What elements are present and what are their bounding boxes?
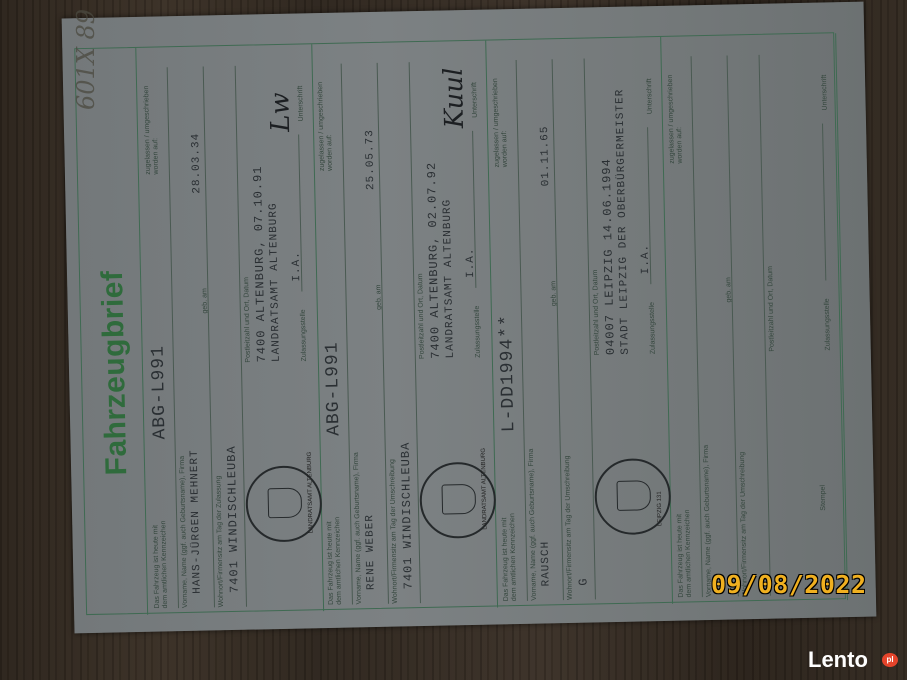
plate-number: ABG-L991 bbox=[322, 341, 344, 436]
residence: G bbox=[576, 577, 590, 585]
label-registered-to: zugelassen / umgeschrieben worden auf: bbox=[492, 57, 510, 167]
photo-date-stamp: 09/08/2022 bbox=[711, 570, 867, 599]
label-signature: Unterschrift bbox=[646, 78, 655, 114]
authority-name bbox=[788, 51, 794, 351]
registration-section: Das Fahrzeug ist heute mit dem amtlichen… bbox=[485, 37, 673, 608]
label-signature: Unterschrift bbox=[821, 75, 830, 111]
label-authority: Zulassungsstelle bbox=[824, 298, 833, 350]
lento-watermark: Lento bbox=[808, 647, 868, 673]
label-registered-to: zugelassen / umgeschrieben worden auf: bbox=[143, 64, 161, 174]
stamp-text: LEIPZIG 131 bbox=[657, 491, 664, 526]
label-residence: Wohnort/Firmensitz am Tag der Zulassung bbox=[215, 476, 226, 608]
plate-number: ABG-L991 bbox=[149, 345, 171, 440]
label-registered-to: zugelassen / umgeschrieben worden auf: bbox=[317, 61, 335, 171]
label-stamp: Stempel bbox=[820, 485, 829, 511]
handwritten-note: 601X 89 bbox=[72, 9, 100, 110]
label-name: Vorname, Name (ggf. auch Geburtsname), F… bbox=[528, 449, 539, 601]
label-vehicle-today: Das Fahrzeug ist heute mit dem amtlichen… bbox=[676, 507, 694, 597]
postal-place-date: 04007 LEIPZIG 14.06.1994 bbox=[600, 158, 618, 355]
owner-name: RAUSCH bbox=[540, 541, 553, 587]
label-postal-place-date: Postleitzahl und Ort, Datum bbox=[417, 273, 427, 359]
birth-date: 25.05.73 bbox=[364, 129, 377, 190]
plate-number: L-DD1994** bbox=[497, 314, 519, 432]
handwritten-signature: Lw bbox=[265, 92, 296, 132]
label-vehicle-today: Das Fahrzeug ist heute mit dem amtlichen… bbox=[152, 518, 170, 608]
stamp-text: LANDRATSAMT ALTENBURG bbox=[481, 448, 489, 530]
label-residence: Wohnort/Firmensitz am Tag der Umschreibu… bbox=[389, 459, 400, 604]
label-registered-to: zugelassen / umgeschrieben worden auf: bbox=[667, 53, 685, 163]
coat-of-arms-icon bbox=[617, 480, 651, 511]
postal-place-date: 7400 ALTENBURG, 02.07.92 bbox=[425, 162, 443, 359]
document-page: Fahrzeugbrief Das Fahrzeug ist heute mit… bbox=[75, 33, 847, 616]
official-seal-stamp: LEIPZIG 131 bbox=[594, 458, 672, 536]
registration-section: Das Fahrzeug ist heute mit dem amtlichen… bbox=[660, 33, 848, 604]
label-postal-place-date: Postleitzahl und Ort, Datum bbox=[767, 266, 777, 352]
registration-section: Das Fahrzeug ist heute mit dem amtlichen… bbox=[135, 44, 324, 615]
handwritten-signature: Kuul bbox=[439, 67, 470, 128]
label-authority: Zulassungsstelle bbox=[649, 302, 658, 354]
owner-name: HANS-JÜRGEN MEHNERT bbox=[189, 449, 204, 594]
label-name: Vorname, Name (ggf. auch Geburtsname), F… bbox=[353, 452, 364, 604]
residence: 7401 WINDISCHLEUBA bbox=[225, 445, 242, 593]
label-signature: Unterschrift bbox=[471, 82, 480, 118]
document-frame: Fahrzeugbrief Das Fahrzeug ist heute mit… bbox=[74, 32, 846, 615]
official-seal-stamp: LANDRATSAMT ALTENBURG bbox=[419, 461, 497, 539]
coat-of-arms-icon bbox=[442, 484, 476, 515]
birth-date: 01.11.65 bbox=[539, 125, 552, 186]
coat-of-arms-icon bbox=[268, 487, 302, 518]
birth-date: 28.03.34 bbox=[190, 133, 203, 194]
owner-name: RENE WEBER bbox=[364, 514, 378, 590]
vehicle-registration-document: Fahrzeugbrief Das Fahrzeug ist heute mit… bbox=[62, 2, 877, 634]
stamp-text: LANDRATSAMT ALTENBURG bbox=[307, 452, 315, 534]
registration-section: Das Fahrzeug ist heute mit dem amtlichen… bbox=[310, 41, 498, 612]
official-seal-stamp: LANDRATSAMT ALTENBURG bbox=[245, 465, 323, 543]
label-signature: Unterschrift bbox=[297, 86, 306, 122]
label-authority: Zulassungsstelle bbox=[474, 306, 483, 358]
label-vehicle-today: Das Fahrzeug ist heute mit dem amtlichen… bbox=[501, 511, 519, 601]
label-residence: Wohnort/Firmensitz am Tag der Umschreibu… bbox=[564, 455, 575, 600]
residence: 7401 WINDISCHLEUBA bbox=[399, 442, 416, 590]
label-authority: Zulassungsstelle bbox=[300, 309, 309, 361]
lento-pl-badge: pl bbox=[882, 653, 898, 667]
label-postal-place-date: Postleitzahl und Ort, Datum bbox=[243, 277, 253, 363]
postal-place-date: 7400 ALTENBURG, 07.10.91 bbox=[251, 165, 269, 362]
document-title: Fahrzeugbrief bbox=[96, 270, 134, 476]
label-postal-place-date: Postleitzahl und Ort, Datum bbox=[592, 270, 602, 356]
label-vehicle-today: Das Fahrzeug ist heute mit dem amtlichen… bbox=[326, 515, 344, 605]
